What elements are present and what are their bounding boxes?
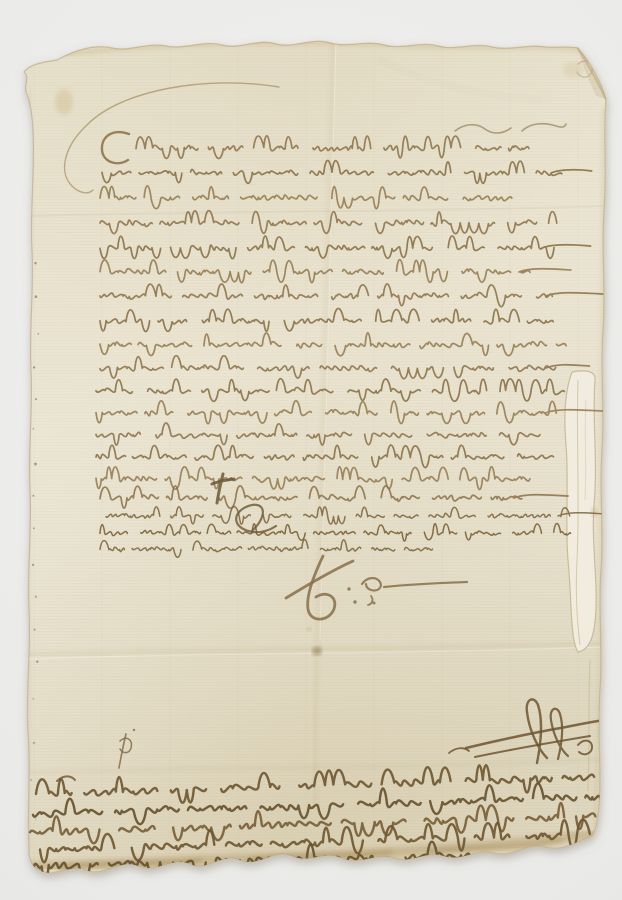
stitch-hole bbox=[32, 495, 34, 497]
stain bbox=[591, 507, 597, 517]
rubric-dot bbox=[353, 600, 356, 603]
stitch-hole bbox=[35, 295, 38, 298]
stitch-hole bbox=[33, 428, 35, 430]
stitch-hole bbox=[33, 742, 36, 745]
stitch-hole bbox=[32, 698, 34, 700]
p-mark-dot bbox=[133, 729, 135, 731]
stain bbox=[307, 627, 311, 631]
stitch-hole bbox=[34, 262, 36, 264]
stitch-hole bbox=[37, 333, 39, 335]
edge-shading-stroke bbox=[29, 90, 31, 850]
stitch-hole bbox=[35, 398, 37, 400]
stain bbox=[90, 35, 110, 45]
stitch-hole bbox=[36, 660, 38, 662]
torn-flap-streak bbox=[585, 400, 586, 500]
age-toning-bottom bbox=[0, 0, 622, 900]
photo-backdrop bbox=[0, 0, 622, 900]
manuscript-photo bbox=[0, 0, 622, 900]
stitch-hole bbox=[30, 779, 32, 781]
stain bbox=[563, 62, 583, 78]
stitch-hole bbox=[35, 818, 36, 819]
stitch-hole bbox=[33, 366, 35, 368]
stitch-hole bbox=[32, 564, 34, 566]
stain bbox=[55, 89, 73, 115]
paper-surface bbox=[0, 0, 622, 900]
stain bbox=[312, 647, 322, 656]
stitch-hole bbox=[33, 527, 35, 529]
stitch-hole bbox=[35, 596, 37, 598]
stain bbox=[526, 17, 554, 29]
rubric-dot bbox=[373, 602, 376, 605]
rubric-dot bbox=[347, 587, 350, 590]
stitch-hole bbox=[34, 629, 36, 631]
stitch-hole bbox=[34, 463, 37, 466]
